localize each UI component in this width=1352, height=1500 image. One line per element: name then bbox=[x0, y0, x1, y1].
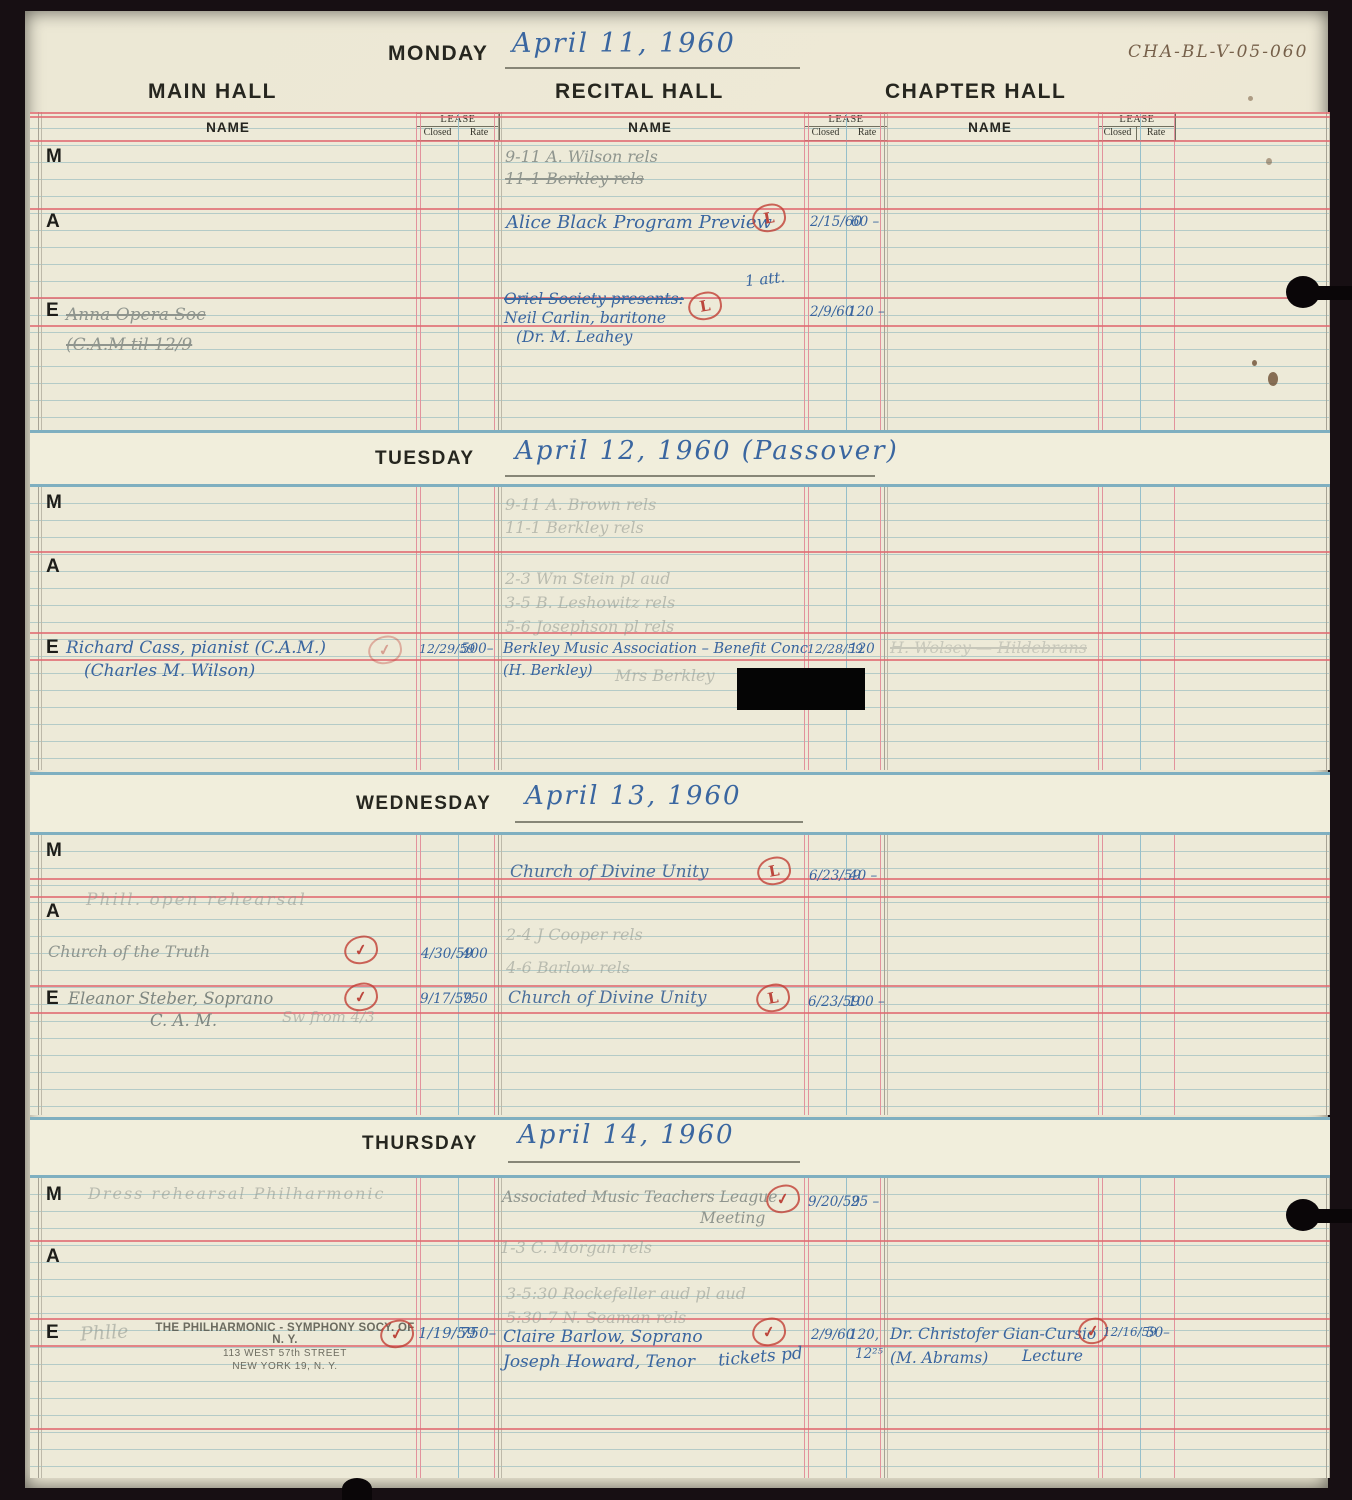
entry-line: Associated Music Teachers League bbox=[502, 1188, 777, 1206]
hall-title-recital: RECITAL HALL bbox=[555, 80, 724, 104]
ruling-vline bbox=[880, 835, 881, 1115]
ruling-vline bbox=[416, 112, 417, 430]
ruling-vline bbox=[880, 487, 881, 770]
ruling-vline bbox=[884, 487, 885, 770]
entry-line: Joseph Howard, Tenor bbox=[503, 1352, 695, 1372]
day-label-tuesday: TUESDAY bbox=[375, 448, 475, 470]
booking-entry: Church of Divine Unity bbox=[508, 988, 707, 1008]
booking-entry: Richard Cass, pianist (C.A.M.) (Charles … bbox=[66, 637, 326, 683]
booking-entry: Associated Music Teachers League Meeting bbox=[502, 1187, 777, 1229]
ruling-vline bbox=[808, 487, 809, 770]
ruling-vline bbox=[416, 487, 417, 770]
ruling-vline bbox=[1326, 487, 1327, 770]
lease-rate-value: 25 – bbox=[851, 1194, 879, 1210]
ruling-vline bbox=[498, 1178, 499, 1478]
date-underline bbox=[505, 67, 800, 69]
closed-label: Closed bbox=[1099, 127, 1136, 140]
ruling-redline bbox=[30, 1428, 1330, 1430]
lease-rate-value-2: 12²⁵ bbox=[855, 1346, 883, 1362]
entry-line: (Charles M. Wilson) bbox=[66, 661, 255, 681]
ruling-vline bbox=[494, 835, 495, 1115]
column-header-name-recital: NAME bbox=[530, 120, 770, 135]
punch-hole-tab bbox=[1300, 1209, 1352, 1223]
entry-line-struck: 11-1 Berkley rels bbox=[505, 169, 644, 188]
ruling-vline bbox=[1326, 112, 1327, 430]
ruling-vline bbox=[1102, 487, 1103, 770]
ruling-vline bbox=[1140, 487, 1141, 770]
ruling-vline bbox=[416, 835, 417, 1115]
row-label-m: M bbox=[46, 146, 62, 168]
ruling-vline bbox=[884, 835, 885, 1115]
ruling-vline bbox=[1174, 112, 1175, 430]
date-underline bbox=[508, 1161, 800, 1163]
ruling-vline bbox=[1174, 487, 1175, 770]
entry-line: Eleanor Steber, Soprano bbox=[68, 989, 273, 1008]
entry-line: 5-6 Josephson pl rels bbox=[505, 617, 674, 636]
ruling-vline bbox=[1102, 835, 1103, 1115]
date-monday: April 11, 1960 bbox=[512, 28, 736, 59]
punch-hole-tab bbox=[1300, 286, 1352, 300]
ruling-vline bbox=[1140, 835, 1141, 1115]
rate-label: Rate bbox=[1136, 127, 1175, 140]
ruling-redline bbox=[30, 116, 1330, 118]
lease-rate-value: 120 bbox=[849, 641, 875, 657]
booking-entry: Claire Barlow, Soprano Joseph Howard, Te… bbox=[503, 1325, 703, 1375]
lease-rate-value: 750– bbox=[460, 1324, 496, 1342]
lease-rate-value: 50– bbox=[1146, 1325, 1170, 1341]
ruling-vline bbox=[808, 1178, 809, 1478]
ruling-vline bbox=[458, 835, 459, 1115]
ruling-redline bbox=[30, 632, 1330, 634]
booking-entry: 9-11 A. Wilson rels 11-1 Berkley rels bbox=[505, 146, 658, 190]
booking-entry-struck: Anna Opera Soc (C.A.M til 12/9 bbox=[66, 300, 206, 360]
booking-entry: Eleanor Steber, Soprano C. A. M. bbox=[68, 988, 273, 1032]
closed-label: Closed bbox=[417, 127, 458, 140]
rate-label: Rate bbox=[458, 127, 499, 140]
day-label-monday: MONDAY bbox=[388, 42, 488, 66]
stamp-line: NEW YORK 19, N. Y. bbox=[150, 1361, 420, 1372]
scanned-ledger-page: MONDAY April 11, 1960 CHA-BL-V-05-060 MA… bbox=[0, 0, 1352, 1500]
lease-rate-value: 100 – bbox=[848, 994, 885, 1010]
entry-line-struck: Oriel Society presents: bbox=[504, 290, 684, 308]
entry-line: (H. Berkley) bbox=[503, 663, 593, 679]
entry-line-struck: Anna Opera Soc bbox=[66, 305, 206, 325]
ruling-vline bbox=[420, 487, 421, 770]
lease-rate-value: 60 – bbox=[851, 214, 879, 230]
ruling-vline bbox=[458, 112, 459, 430]
ruling-vline bbox=[1174, 835, 1175, 1115]
entry-line: Meeting bbox=[502, 1209, 765, 1227]
entry-line: Claire Barlow, Soprano bbox=[503, 1327, 703, 1347]
entry-line: 2-4 J Cooper rels bbox=[506, 925, 643, 944]
ruling-redline bbox=[30, 1240, 1330, 1242]
ruling-vline bbox=[1098, 112, 1099, 430]
monday-grid: NAME NAME NAME LEASE Closed Rate LEASE C… bbox=[30, 112, 1330, 430]
row-label-m: M bbox=[46, 492, 62, 514]
ruling-vline bbox=[1140, 112, 1141, 430]
redaction-box bbox=[737, 668, 865, 710]
booking-entry: Oriel Society presents: Neil Carlin, bar… bbox=[504, 290, 684, 347]
paper-stain bbox=[1252, 360, 1257, 366]
ruling-redline bbox=[30, 985, 1330, 987]
row-label-a: A bbox=[46, 211, 60, 233]
row-label-e: E bbox=[46, 637, 59, 659]
ruling-vline bbox=[1098, 835, 1099, 1115]
booking-entry: 3-5:30 Rockefeller aud pl aud 5:30-7 N. … bbox=[506, 1282, 746, 1330]
ruling-vline bbox=[494, 487, 495, 770]
archive-code: CHA-BL-V-05-060 bbox=[1128, 42, 1308, 62]
entry-line: Lecture bbox=[1022, 1347, 1083, 1365]
entry-line: 9-11 A. Wilson rels bbox=[505, 147, 658, 166]
ruling-vline bbox=[498, 112, 499, 430]
row-label-e: E bbox=[46, 1322, 59, 1344]
ruling-vline bbox=[38, 112, 39, 430]
booking-entry: 2-4 J Cooper rels 4-6 Barlow rels bbox=[506, 918, 643, 984]
ruling-vline bbox=[884, 1178, 885, 1478]
booking-entry: Phill. open rehearsal bbox=[86, 890, 307, 910]
ruling-vline bbox=[808, 112, 809, 430]
booking-entry: Alice Black Program Preview bbox=[506, 212, 772, 233]
booking-entry: Church of Divine Unity bbox=[510, 862, 709, 882]
entry-line: Alice Black Program Preview bbox=[506, 212, 772, 233]
ruling-vline bbox=[1102, 112, 1103, 430]
date-tuesday: April 12, 1960 (Passover) bbox=[515, 436, 899, 466]
entry-line: Berkley Music Association – Benefit Conc bbox=[503, 641, 808, 657]
date-thursday: April 14, 1960 bbox=[518, 1120, 735, 1150]
ruling-vline bbox=[38, 487, 39, 770]
lease-rate-value: 750 bbox=[462, 991, 488, 1007]
ruling-vline bbox=[494, 112, 495, 430]
row-label-a: A bbox=[46, 901, 60, 923]
entry-scribble: Phlle bbox=[79, 1320, 129, 1345]
date-wednesday: April 13, 1960 bbox=[525, 781, 742, 811]
entry-line-struck: H. Wolsey — Hildebrans bbox=[890, 638, 1087, 657]
philharmonic-stamp: THE PHILHARMONIC - SYMPHONY SOCY. OF N. … bbox=[150, 1322, 420, 1372]
ruling-vline bbox=[38, 1178, 39, 1478]
hall-title-chapter: CHAPTER HALL bbox=[885, 80, 1066, 104]
ruling-redline bbox=[30, 140, 1330, 142]
entry-line: 9-11 A. Brown rels bbox=[505, 495, 656, 514]
entry-note: Mrs Berkley bbox=[615, 666, 715, 685]
paper-stain bbox=[1248, 96, 1253, 101]
ruling-vline bbox=[420, 112, 421, 430]
lease-rate-value: 120 – bbox=[848, 304, 885, 320]
lease-rate-value: 120, bbox=[849, 1327, 879, 1343]
booking-entry: 9-11 A. Brown rels 11-1 Berkley rels bbox=[505, 493, 656, 539]
date-underline bbox=[505, 475, 875, 477]
booking-entry: 1-3 C. Morgan rels bbox=[500, 1238, 652, 1257]
ruling-vline bbox=[1326, 835, 1327, 1115]
column-header-name-chapter: NAME bbox=[910, 120, 1070, 135]
paper-stain bbox=[1266, 158, 1272, 165]
entry-line: (Dr. M. Leahey bbox=[504, 328, 632, 346]
entry-line: Dr. Christofer Gian-Cursio bbox=[890, 1325, 1096, 1343]
entry-line: 2-3 Wm Stein pl aud bbox=[505, 569, 670, 588]
stamp-line: 113 WEST 57th STREET bbox=[150, 1348, 420, 1359]
lease-closed-value: 2/9/60 bbox=[811, 1327, 854, 1343]
ruling-vline bbox=[846, 112, 847, 430]
bottom-notch bbox=[342, 1478, 372, 1500]
row-label-m: M bbox=[46, 1184, 62, 1206]
ruling-redline bbox=[30, 208, 1330, 210]
ruling-vline bbox=[1174, 1178, 1175, 1478]
entry-line: (M. Abrams) bbox=[890, 1349, 988, 1367]
entry-line: C. A. M. bbox=[68, 1011, 217, 1030]
lease-rate-value: 400 bbox=[462, 946, 488, 962]
entry-line: Richard Cass, pianist (C.A.M.) bbox=[66, 638, 326, 658]
ruling-vline bbox=[1098, 487, 1099, 770]
date-underline bbox=[515, 821, 803, 823]
paper-stain bbox=[1268, 372, 1278, 386]
ruling-vline bbox=[804, 835, 805, 1115]
ruling-vline bbox=[38, 835, 39, 1115]
ruling-vline bbox=[498, 835, 499, 1115]
ruling-vline bbox=[498, 487, 499, 770]
ruling-vline bbox=[804, 487, 805, 770]
booking-entry: Church of the Truth bbox=[48, 942, 210, 961]
ruling-vline bbox=[804, 1178, 805, 1478]
booking-entry: Dress rehearsal Philharmonic bbox=[88, 1184, 385, 1203]
ruling-redline bbox=[30, 112, 1330, 114]
entry-line: 3-5:30 Rockefeller aud pl aud bbox=[506, 1284, 746, 1303]
ruling-vline bbox=[880, 1178, 881, 1478]
lease-rate-value: 40 – bbox=[849, 868, 877, 884]
row-label-a: A bbox=[46, 556, 60, 578]
entry-line: 11-1 Berkley rels bbox=[505, 518, 644, 537]
entry-line: Neil Carlin, baritone bbox=[504, 309, 666, 327]
ruling-vline bbox=[1326, 1178, 1327, 1478]
day-label-thursday: THURSDAY bbox=[362, 1133, 478, 1155]
entry-line: 4-6 Barlow rels bbox=[506, 958, 630, 977]
day-label-wednesday: WEDNESDAY bbox=[356, 793, 491, 815]
ruling-redline bbox=[30, 551, 1330, 553]
lease-closed-value: 2/9/60 bbox=[810, 304, 853, 320]
hall-title-main: MAIN HALL bbox=[148, 80, 277, 104]
booking-entry: 2-3 Wm Stein pl aud 3-5 B. Leshowitz rel… bbox=[505, 567, 675, 639]
ruling-vline bbox=[846, 487, 847, 770]
row-label-e: E bbox=[46, 300, 59, 322]
ruling-vline bbox=[458, 487, 459, 770]
ruling-vline bbox=[884, 112, 885, 430]
row-label-a: A bbox=[46, 1246, 60, 1268]
ruling-vline bbox=[804, 112, 805, 430]
ruling-vline bbox=[880, 112, 881, 430]
column-header-name-main: NAME bbox=[88, 120, 368, 135]
row-label-e: E bbox=[46, 988, 59, 1010]
closed-label: Closed bbox=[805, 127, 846, 140]
tuesday-grid bbox=[30, 487, 1330, 770]
entry-line: 3-5 B. Leshowitz rels bbox=[505, 593, 675, 612]
row-label-m: M bbox=[46, 840, 62, 862]
ruling-vline bbox=[420, 835, 421, 1115]
entry-line-struck: (C.A.M til 12/9 bbox=[66, 335, 192, 355]
lease-rate-value: 500– bbox=[461, 641, 494, 657]
